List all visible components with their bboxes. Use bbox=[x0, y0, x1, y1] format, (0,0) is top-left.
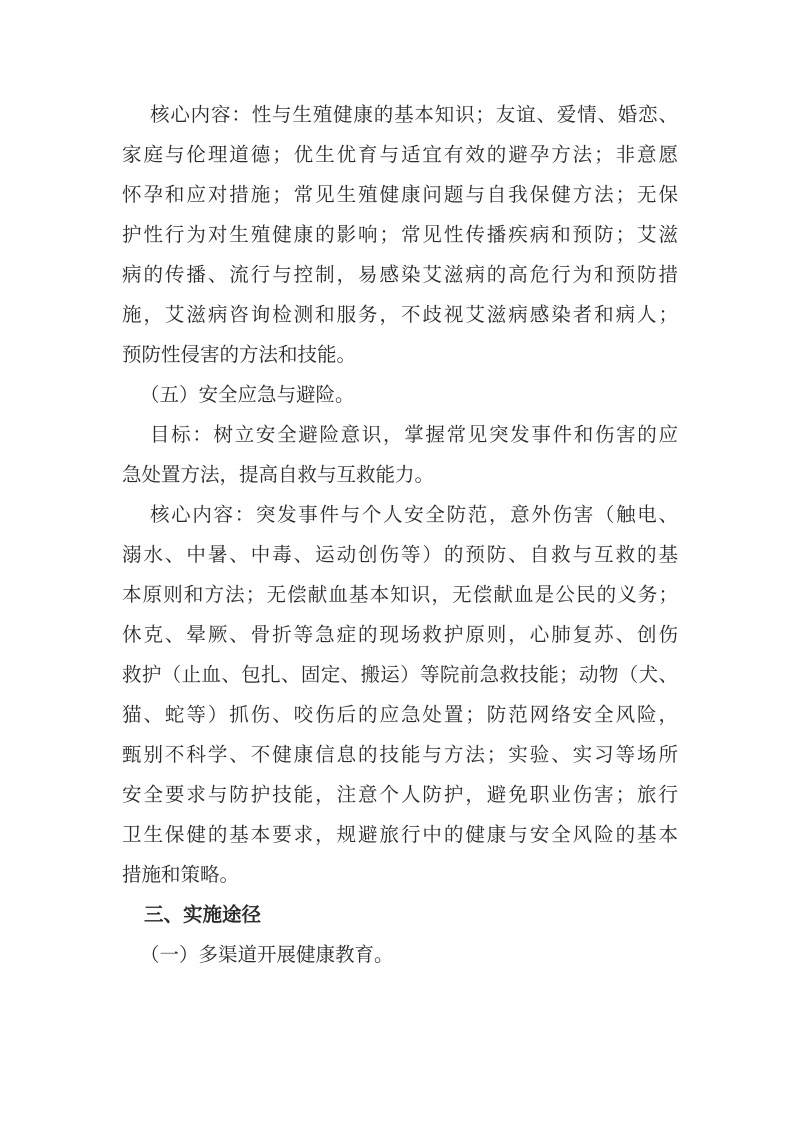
text-line: 安全要求与防护技能，注意个人防护，避免职业伤害；旅行 bbox=[122, 775, 678, 815]
text-line: 措施和策略。 bbox=[122, 855, 678, 895]
text-line: 甄别不科学、不健康信息的技能与方法；实验、实习等场所 bbox=[122, 735, 678, 775]
subsection-title: （一）多渠道开展健康教育。 bbox=[122, 935, 678, 975]
text-line: 病的传播、流行与控制，易感染艾滋病的高危行为和预防措 bbox=[122, 255, 678, 295]
text-line: 卫生保健的基本要求，规避旅行中的健康与安全风险的基本 bbox=[122, 815, 678, 855]
paragraph-core-content-safety: 核心内容：突发事件与个人安全防范，意外伤害（触电、 溺水、中暑、中毒、运动创伤等… bbox=[122, 495, 678, 895]
text-line: 溺水、中暑、中毒、运动创伤等）的预防、自救与互救的基 bbox=[122, 535, 678, 575]
paragraph-core-content-reproductive: 核心内容：性与生殖健康的基本知识；友谊、爱情、婚恋、 家庭与伦理道德；优生优育与… bbox=[122, 95, 678, 375]
text-line: 目标：树立安全避险意识，掌握常见突发事件和伤害的应 bbox=[122, 415, 678, 455]
section-title: （五）安全应急与避险。 bbox=[122, 375, 678, 415]
chapter-heading: 三、实施途径 bbox=[122, 895, 678, 935]
text-line: 预防性侵害的方法和技能。 bbox=[122, 335, 678, 375]
text-line: 护性行为对生殖健康的影响；常见性传播疾病和预防；艾滋 bbox=[122, 215, 678, 255]
text-line: 怀孕和应对措施；常见生殖健康问题与自我保健方法；无保 bbox=[122, 175, 678, 215]
paragraph-goal-safety: 目标：树立安全避险意识，掌握常见突发事件和伤害的应 急处置方法，提高自救与互救能… bbox=[122, 415, 678, 495]
text-line: 施，艾滋病咨询检测和服务，不歧视艾滋病感染者和病人； bbox=[122, 295, 678, 335]
section-title-safety: （五）安全应急与避险。 bbox=[122, 375, 678, 415]
text-line: 猫、蛇等）抓伤、咬伤后的应急处置；防范网络安全风险， bbox=[122, 695, 678, 735]
text-line: 核心内容：突发事件与个人安全防范，意外伤害（触电、 bbox=[122, 495, 678, 535]
text-line: 休克、晕厥、骨折等急症的现场救护原则，心肺复苏、创伤 bbox=[122, 615, 678, 655]
heading-implementation: 三、实施途径 bbox=[122, 895, 678, 935]
text-line: 急处置方法，提高自救与互救能力。 bbox=[122, 455, 678, 495]
text-line: 核心内容：性与生殖健康的基本知识；友谊、爱情、婚恋、 bbox=[122, 95, 678, 135]
document-page: 核心内容：性与生殖健康的基本知识；友谊、爱情、婚恋、 家庭与伦理道德；优生优育与… bbox=[122, 95, 678, 975]
subsection-multichannel: （一）多渠道开展健康教育。 bbox=[122, 935, 678, 975]
text-line: 本原则和方法；无偿献血基本知识，无偿献血是公民的义务； bbox=[122, 575, 678, 615]
text-line: 家庭与伦理道德；优生优育与适宜有效的避孕方法；非意愿 bbox=[122, 135, 678, 175]
text-line: 救护（止血、包扎、固定、搬运）等院前急救技能；动物（犬、 bbox=[122, 655, 678, 695]
